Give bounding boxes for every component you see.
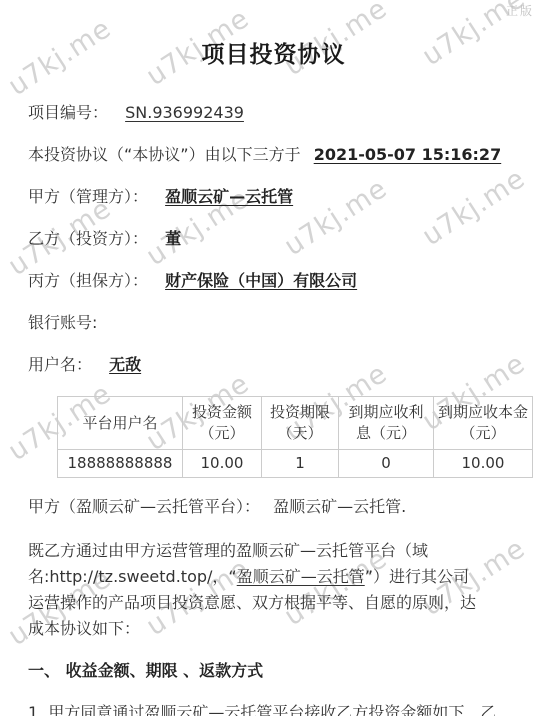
- page-title: 项目投资协议: [28, 40, 519, 70]
- bank-account-label: 银行账号:: [28, 313, 97, 332]
- genuine-version-tag: 正版: [506, 2, 534, 19]
- party-a-label: 甲方（管理方）：: [28, 187, 148, 206]
- table-cell: 0: [339, 450, 434, 478]
- username-line: 用户名： 无敌: [28, 354, 519, 376]
- section-heading: 一、 收益金额、期限 、返款方式: [28, 660, 519, 682]
- project-number-line: 项目编号： SN.936992439: [28, 102, 519, 124]
- investment-table-body: 1888888888810.001010.00: [58, 450, 533, 478]
- table-header-cell: 投资期限（天）: [262, 397, 339, 450]
- party-b-value: 董: [165, 229, 181, 248]
- agreement-paragraph: 既乙方通过由甲方运营管理的盈顺云矿—云托管平台（域名:http://tz.swe…: [28, 538, 480, 642]
- intro-text: 本投资协议（“本协议”）由以下三方于: [28, 145, 301, 164]
- username-label: 用户名：: [28, 355, 92, 374]
- party-c-label: 丙方（担保方）：: [28, 271, 148, 290]
- table-cell: 1: [262, 450, 339, 478]
- bank-account-line: 银行账号:: [28, 312, 519, 334]
- table-cell: 10.00: [434, 450, 533, 478]
- project-number-value: SN.936992439: [125, 103, 244, 122]
- table-header-cell: 到期应收利息（元）: [339, 397, 434, 450]
- table-cell: 10.00: [183, 450, 262, 478]
- party-a-platform-value: 盈顺云矿—云托管.: [273, 497, 406, 516]
- table-header-cell: 投资金额（元）: [183, 397, 262, 450]
- party-c-line: 丙方（担保方）： 财产保险（中国）有限公司: [28, 270, 519, 292]
- party-b-label: 乙方（投资方）：: [28, 229, 148, 248]
- document-page: u7kj.meu7kj.meu7kj.meu7kj.meu7kj.meu7kj.…: [0, 0, 539, 716]
- table-header-cell: 平台用户名: [58, 397, 183, 450]
- investment-table: 平台用户名投资金额（元）投资期限（天）到期应收利息（元）到期应收本金（元） 18…: [57, 396, 533, 478]
- username-value: 无敌: [109, 355, 141, 374]
- party-c-value: 财产保险（中国）有限公司: [165, 271, 357, 290]
- project-number-label: 项目编号：: [28, 103, 108, 122]
- table-header-cell: 到期应收本金（元）: [434, 397, 533, 450]
- party-a-platform-label: 甲方（盈顺云矿—云托管平台）：: [28, 497, 260, 516]
- party-b-line: 乙方（投资方）： 董: [28, 228, 519, 250]
- clause-1: 1. 甲方同意通过盈顺云矿—云托管平台接收乙方投资金额如下，乙: [28, 702, 519, 716]
- table-cell: 18888888888: [58, 450, 183, 478]
- platform-name-underlined: 盈顺云矿—云托管: [237, 567, 365, 586]
- intro-line: 本投资协议（“本协议”）由以下三方于 2021-05-07 15:16:27: [28, 144, 519, 166]
- agreement-datetime: 2021-05-07 15:16:27: [314, 145, 502, 164]
- agreement-content: 项目投资协议 项目编号： SN.936992439 本投资协议（“本协议”）由以…: [0, 0, 539, 716]
- table-row: 1888888888810.001010.00: [58, 450, 533, 478]
- party-a-line: 甲方（管理方）： 盈顺云矿—云托管: [28, 186, 519, 208]
- investment-table-head: 平台用户名投资金额（元）投资期限（天）到期应收利息（元）到期应收本金（元）: [58, 397, 533, 450]
- party-a-value: 盈顺云矿—云托管: [165, 187, 293, 206]
- party-a-platform-line: 甲方（盈顺云矿—云托管平台）： 盈顺云矿—云托管.: [28, 496, 519, 518]
